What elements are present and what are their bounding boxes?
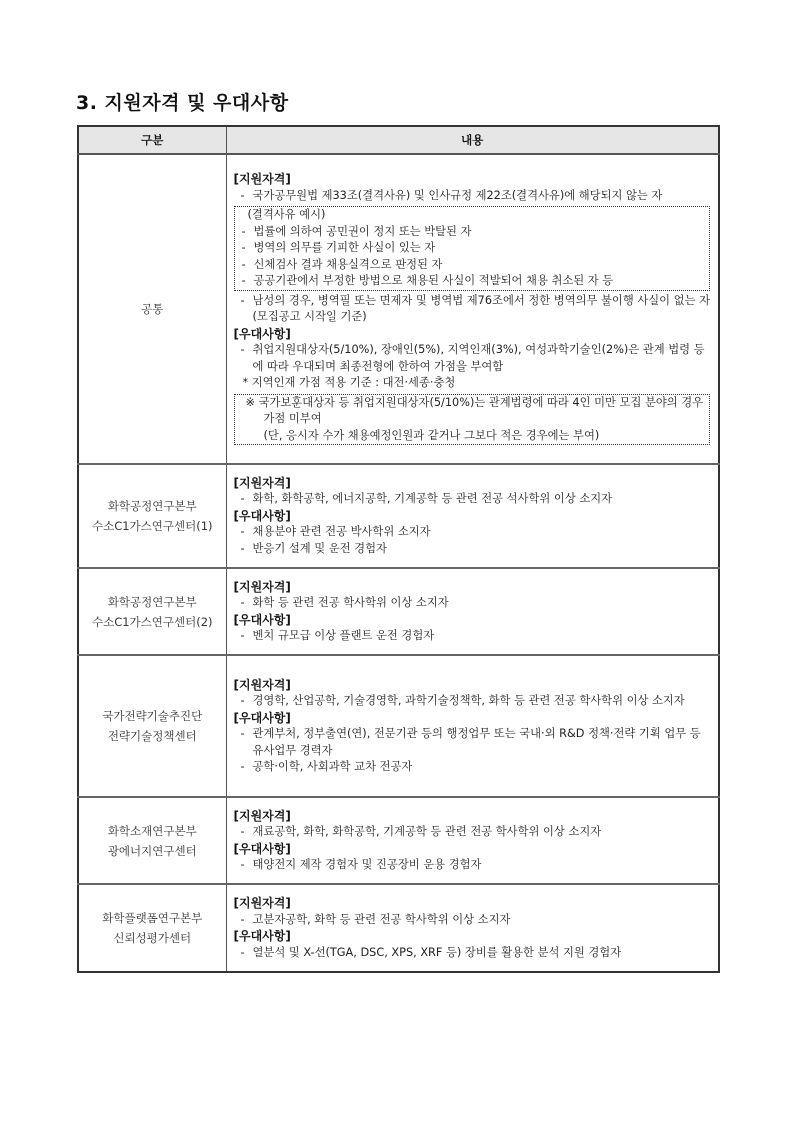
disqualification-item: -공공기관에서 부정한 방법으로 채용된 사실이 적발되어 채용 취소된 자 등: [242, 273, 708, 290]
content-cell: [지원자격] -화학 등 관련 전공 학사학위 이상 소지자 [우대사항] -벤…: [226, 568, 719, 655]
category-label: 공통: [79, 299, 226, 319]
qualification-item: -국가공무원법 제33조(결격사유) 및 인사규정 제22조(결격사유)에 해당…: [234, 188, 715, 205]
qualification-item: -경영학, 산업공학, 기술경영학, 과학기술정책학, 화학 등 관련 전공 학…: [234, 693, 715, 710]
table-row-reliability: 화학플랫폼연구본부 신뢰성평가센터 [지원자격] -고분자공학, 화학 등 관련…: [78, 884, 719, 972]
content-cell: [지원자격] -재료공학, 화학, 화학공학, 기계공학 등 관련 전공 학사학…: [226, 797, 719, 884]
preference-item: -벤치 규모급 이상 플랜트 운전 경험자: [234, 628, 715, 645]
table-row-common: 공통 [지원자격] -국가공무원법 제33조(결격사유) 및 인사규정 제22조…: [78, 154, 719, 464]
veterans-note-box: ※ 국가보훈대상자 등 취업지원대상자(5/10%)는 관계법령에 따라 4인 …: [234, 394, 711, 446]
category-center: 수소C1가스연구센터(1): [79, 516, 226, 536]
table-row-photo-energy: 화학소재연구본부 광에너지연구센터 [지원자격] -재료공학, 화학, 화학공학…: [78, 797, 719, 884]
preference-item: -열분석 및 X-선(TGA, DSC, XPS, XRF 등) 장비를 활용한…: [234, 945, 715, 962]
content-cell: [지원자격] -화학, 화학공학, 에너지공학, 기계공학 등 관련 전공 석사…: [226, 464, 719, 568]
qualification-heading: [지원자격]: [234, 579, 715, 596]
disqualification-item: -신체검사 결과 채용실격으로 판정된 자: [242, 257, 708, 274]
content-cell: [지원자격] -국가공무원법 제33조(결격사유) 및 인사규정 제22조(결격…: [226, 154, 719, 464]
qualification-item: -재료공학, 화학, 화학공학, 기계공학 등 관련 전공 학사학위 이상 소지…: [234, 824, 715, 841]
column-header-category: 구분: [78, 126, 226, 154]
category-cell: 공통: [78, 154, 226, 464]
qualification-heading: [지원자격]: [234, 808, 715, 825]
category-center: 수소C1가스연구센터(2): [79, 612, 226, 632]
table-row-hydrogen-c1-2: 화학공정연구본부 수소C1가스연구센터(2) [지원자격] -화학 등 관련 전…: [78, 568, 719, 655]
qualification-table: 구분 내용 공통 [지원자격] -국가공무원법 제33조(결격사유) 및 인사규…: [77, 125, 720, 973]
qualification-heading: [지원자격]: [234, 895, 715, 912]
category-cell: 화학공정연구본부 수소C1가스연구센터(2): [78, 568, 226, 655]
reference-mark-icon: ※: [246, 396, 255, 409]
veterans-note-exception: (단, 응시자 수가 채용예정인원과 같거나 그보다 적은 경우에는 부여): [242, 428, 708, 445]
disqualification-item: -법률에 의하여 공민권이 정지 또는 박탈된 자: [242, 224, 708, 241]
preference-heading: [우대사항]: [234, 928, 715, 945]
qualification-item: -고분자공학, 화학 등 관련 전공 학사학위 이상 소지자: [234, 912, 715, 929]
bullet-dash: -: [241, 188, 253, 205]
category-cell: 화학소재연구본부 광에너지연구센터: [78, 797, 226, 884]
category-center: 광에너지연구센터: [79, 841, 226, 861]
disqualification-box-title: (결격사유 예시): [242, 207, 708, 224]
category-center: 전략기술정책센터: [79, 726, 226, 746]
table-header-row: 구분 내용: [78, 126, 719, 154]
table-row-strategy-policy: 국가전략기술추진단 전략기술정책센터 [지원자격] -경영학, 산업공학, 기술…: [78, 655, 719, 797]
preference-heading: [우대사항]: [234, 612, 715, 629]
category-division: 화학공정연구본부: [79, 592, 226, 612]
qualification-item: -남성의 경우, 병역필 또는 면제자 및 병역법 제76조에서 정한 병역의무…: [234, 293, 715, 326]
qualification-heading: [지원자격]: [234, 677, 715, 694]
preference-heading: [우대사항]: [234, 710, 715, 727]
section-title: 3. 지원자격 및 우대사항: [76, 88, 288, 115]
qualification-item: -화학 등 관련 전공 학사학위 이상 소지자: [234, 595, 715, 612]
preference-item: -채용분야 관련 전공 박사학위 소지자: [234, 524, 715, 541]
column-header-content: 내용: [226, 126, 719, 154]
disqualification-item: -병역의 의무를 기피한 사실이 있는 자: [242, 240, 708, 257]
preference-heading: [우대사항]: [234, 326, 715, 343]
qualification-heading: [지원자격]: [234, 171, 715, 188]
table-row-hydrogen-c1-1: 화학공정연구본부 수소C1가스연구센터(1) [지원자격] -화학, 화학공학,…: [78, 464, 719, 568]
qualification-heading: [지원자격]: [234, 475, 715, 492]
content-cell: [지원자격] -고분자공학, 화학 등 관련 전공 학사학위 이상 소지자 [우…: [226, 884, 719, 972]
preference-heading: [우대사항]: [234, 508, 715, 525]
category-division: 화학소재연구본부: [79, 821, 226, 841]
category-cell: 화학플랫폼연구본부 신뢰성평가센터: [78, 884, 226, 972]
veterans-note-text: 국가보훈대상자 등 취업지원대상자(5/10%)는 관계법령에 따라 4인 미만…: [259, 396, 704, 426]
disqualification-example-box: (결격사유 예시) -법률에 의하여 공민권이 정지 또는 박탈된 자 -병역의…: [234, 206, 711, 291]
preference-item: -공학·이학, 사회과학 교차 전공자: [234, 759, 715, 776]
preference-heading: [우대사항]: [234, 841, 715, 858]
preference-item: -취업지원대상자(5/10%), 장애인(5%), 지역인재(3%), 여성과학…: [234, 342, 715, 375]
regional-talent-note: * 지역인재 가점 적용 기준 : 대전·세종·충청: [234, 375, 715, 392]
category-division: 국가전략기술추진단: [79, 706, 226, 726]
preference-item: -태양전지 제작 경험자 및 진공장비 운용 경험자: [234, 857, 715, 874]
preference-item: -반응기 설계 및 운전 경험자: [234, 541, 715, 558]
category-center: 신뢰성평가센터: [79, 928, 226, 948]
category-cell: 화학공정연구본부 수소C1가스연구센터(1): [78, 464, 226, 568]
preference-item: -관계부처, 정부출연(연), 전문기관 등의 행정업무 또는 국내·외 R&D…: [234, 726, 715, 759]
category-division: 화학플랫폼연구본부: [79, 908, 226, 928]
qualification-item: -화학, 화학공학, 에너지공학, 기계공학 등 관련 전공 석사학위 이상 소…: [234, 491, 715, 508]
category-cell: 국가전략기술추진단 전략기술정책센터: [78, 655, 226, 797]
category-division: 화학공정연구본부: [79, 496, 226, 516]
content-cell: [지원자격] -경영학, 산업공학, 기술경영학, 과학기술정책학, 화학 등 …: [226, 655, 719, 797]
